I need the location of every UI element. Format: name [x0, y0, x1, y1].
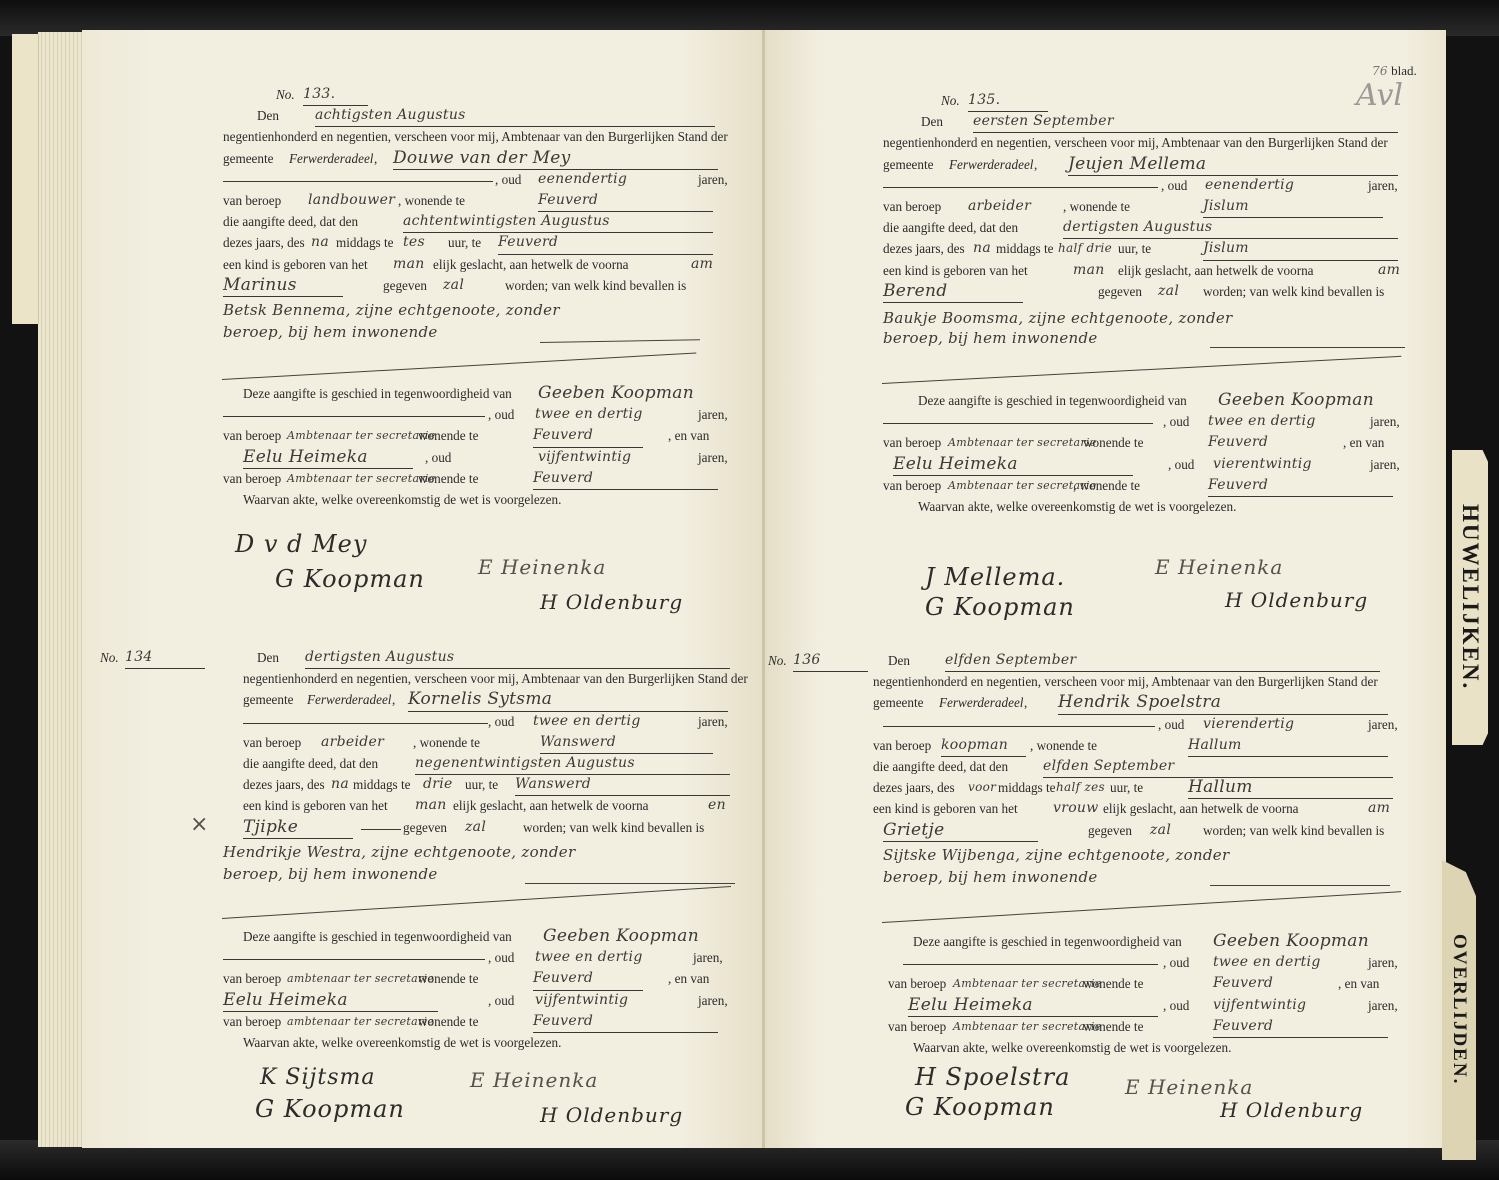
registration-date: dertigsten Augustus [305, 647, 730, 669]
child-name: Grietje [883, 820, 1038, 842]
no-label: No. [276, 84, 295, 105]
year-line: negentienhonderd en negentien, verscheen… [223, 126, 728, 147]
entry-134: No.134Dendertigsten Augustus negentienho… [243, 647, 733, 890]
strike-line [525, 883, 735, 884]
municipality: Ferwerderadeel [307, 689, 391, 710]
zal-word: zal [1150, 820, 1171, 841]
jaren-label: jaren, [1368, 714, 1398, 735]
time-prefix: na [311, 232, 329, 253]
uur-label: uur, te [448, 232, 481, 253]
birth-hour: drie [423, 774, 453, 795]
beroep-label: van beroep [223, 190, 281, 211]
birth-date: achtentwintigsten Augustus [403, 211, 713, 233]
child-sex: man [1073, 260, 1105, 281]
signature-witness2: E Heinenka [1155, 555, 1283, 579]
den-label: Den [257, 105, 279, 126]
dezes-jaars-label: dezes jaars, des [873, 777, 955, 798]
strike-line [1210, 885, 1390, 886]
wonende-label: , wonende te [1030, 735, 1097, 756]
municipality: Ferwerderadeel [289, 148, 373, 169]
jaren-label: jaren, [1368, 175, 1398, 196]
municipality: Ferwerderadeel [949, 154, 1033, 175]
child-sex: man [415, 795, 447, 816]
witness2-residence: Feuverd [1213, 1016, 1388, 1038]
entry-number: 136 [793, 650, 868, 672]
blank-line [223, 404, 485, 417]
oud-label: , oud [1163, 995, 1189, 1016]
blank-line [883, 714, 1155, 727]
tab-overlijden[interactable]: OVERLIJDEN. [1442, 860, 1476, 1160]
elijk-label: elijk geslacht, aan hetwelk de voorna [453, 795, 649, 816]
uur-label: uur, te [465, 774, 498, 795]
beroep-label: van beroep [223, 1011, 281, 1032]
declarant-name: Douwe van der Mey [393, 148, 718, 170]
aangifte-label: die aangifte deed, dat den [243, 753, 378, 774]
worden-label: worden; van welk kind bevallen is [523, 817, 704, 838]
wonende-label: wonende te [1083, 1016, 1143, 1037]
declarant-profession: koopman [941, 735, 1026, 757]
een-kind-label: een kind is geboren van het [243, 795, 388, 816]
elijk-label: elijk geslacht, aan hetwelk de voorna [1118, 260, 1314, 281]
waarvan-label: Waarvan akte, welke overeenkomstig de we… [913, 1037, 1231, 1058]
signature-registrar: H Oldenburg [540, 1103, 683, 1127]
deze-aangifte-label: Deze aangifte is geschied in tegenwoordi… [918, 390, 1187, 411]
oud-label: , oud [495, 169, 521, 190]
child-name: Tjipke [243, 817, 353, 839]
signature-declarant: H Spoelstra [915, 1063, 1070, 1091]
jaren-label: jaren, [698, 447, 728, 468]
jaren-label: jaren, [1368, 995, 1398, 1016]
wonende-label: , wonende te [1073, 475, 1140, 496]
strike-line [1210, 347, 1405, 348]
no-label: No. [768, 650, 787, 671]
uur-label: uur, te [1110, 777, 1143, 798]
entry-133: No.133. Denachtigsten Augustus negentien… [243, 84, 733, 348]
beroep-label: van beroep [243, 732, 301, 753]
gemeente-label: gemeente [883, 154, 934, 175]
middags-label: middags te [998, 777, 1056, 798]
birth-date: negenentwintigsten Augustus [415, 753, 730, 775]
een-kind-label: een kind is geboren van het [223, 254, 368, 275]
witness1-residence: Feuverd [1213, 973, 1273, 994]
mother-line-2: beroep, bij hem inwonende [223, 322, 438, 343]
gegeven-label: gegeven [1088, 820, 1132, 841]
comma: , [374, 148, 377, 169]
zal-word: zal [1158, 281, 1179, 302]
dezes-jaars-label: dezes jaars, des [883, 238, 965, 259]
comma: , [392, 689, 395, 710]
registration-date: elfden September [945, 650, 1380, 672]
wonende-label: , wonende te [1063, 196, 1130, 217]
uur-label: uur, te [1118, 238, 1151, 259]
dezes-jaars-label: dezes jaars, des [223, 232, 305, 253]
witness2-profession: ambtenaar ter secretarie [287, 1011, 434, 1032]
blank-line [243, 711, 488, 724]
signature-registrar: H Oldenburg [1225, 588, 1368, 612]
witness2-name: Eelu Heimeka [243, 447, 413, 469]
name-suffix: en [708, 795, 726, 816]
declarant-age: eenendertig [1205, 175, 1294, 196]
book-gutter [762, 30, 765, 1148]
witness2-age: vijfentwintig [538, 447, 631, 468]
declarant-name: Hendrik Spoelstra [1058, 692, 1388, 714]
gemeente-label: gemeente [243, 689, 294, 710]
beroep-label: van beroep [223, 468, 281, 489]
mother-line-1: Hendrikje Westra, zijne echtgenoote, zon… [223, 842, 575, 863]
witness1-residence: Feuverd [533, 968, 643, 990]
oud-label: , oud [488, 947, 514, 968]
wonende-label: , wonende te [398, 190, 465, 211]
en-van-label: , en van [668, 968, 709, 989]
entry-number: 134 [125, 647, 205, 669]
beroep-label: van beroep [888, 1016, 946, 1037]
witness2-profession: Ambtenaar ter secretarie [953, 1016, 1102, 1037]
oud-label: , oud [1163, 952, 1189, 973]
witness1-profession: Ambtenaar ter secretarie [953, 973, 1102, 994]
entry-133-witnesses: Deze aangifte is geschied in tegenwoordi… [243, 383, 733, 510]
beroep-label: van beroep [223, 968, 281, 989]
aangifte-label: die aangifte deed, dat den [873, 756, 1008, 777]
declarant-age: eenendertig [538, 169, 627, 190]
entry-number: 133. [303, 84, 368, 106]
declarant-name: Kornelis Sytsma [408, 689, 728, 711]
wonende-label: wonende te [418, 425, 478, 446]
witness1-name: Geeben Koopman [543, 926, 699, 947]
signature-witness1: G Koopman [255, 1095, 405, 1123]
entry-135: No.135. Deneersten September negentienho… [913, 90, 1403, 354]
waarvan-label: Waarvan akte, welke overeenkomstig de we… [243, 1032, 561, 1053]
den-label: Den [921, 111, 943, 132]
mother-line-2: beroep, bij hem inwonende [883, 328, 1098, 349]
declarant-profession: arbeider [968, 196, 1031, 217]
oud-label: , oud [1158, 714, 1184, 735]
jaren-label: jaren, [698, 990, 728, 1011]
entry-number: 135. [968, 90, 1048, 112]
witness1-age: twee en dertig [1213, 952, 1321, 973]
elijk-label: elijk geslacht, aan hetwelk de voorna [1103, 798, 1299, 819]
declarant-residence: Wanswerd [540, 732, 713, 754]
worden-label: worden; van welk kind bevallen is [1203, 281, 1384, 302]
signature-witness1: G Koopman [905, 1093, 1055, 1121]
beroep-label: van beroep [223, 425, 281, 446]
gegeven-label: gegeven [383, 275, 427, 296]
time-prefix: na [973, 238, 991, 259]
name-suffix: am [691, 254, 713, 275]
declarant-name: Jeujen Mellema [1068, 154, 1398, 176]
tab-overlijden-label: OVERLIJDEN. [1448, 934, 1470, 1085]
witness2-age: vierentwintig [1213, 454, 1312, 475]
blank-line [903, 952, 1158, 965]
witness1-age: twee en dertig [1208, 411, 1316, 432]
child-name: Marinus [223, 275, 343, 297]
beroep-label: van beroep [883, 196, 941, 217]
blank-line [223, 947, 485, 960]
comma: , [1024, 692, 1027, 713]
gemeente-label: gemeente [223, 148, 274, 169]
jaren-label: jaren, [1370, 454, 1400, 475]
registration-date: achtigsten Augustus [315, 105, 715, 127]
birth-hour: half zes [1056, 777, 1105, 798]
oud-label: , oud [488, 404, 514, 425]
witness2-name: Eelu Heimeka [908, 995, 1158, 1017]
entry-136-witnesses: Deze aangifte is geschied in tegenwoordi… [913, 931, 1403, 1058]
beroep-label: van beroep [888, 973, 946, 994]
birth-place: Jislum [1203, 238, 1398, 260]
child-sex: man [393, 254, 425, 275]
witness1-age: twee en dertig [535, 947, 643, 968]
municipality: Ferwerderadeel [939, 692, 1023, 713]
wonende-label: wonende te [1083, 973, 1143, 994]
no-label: No. [100, 647, 119, 668]
declarant-residence: Jislum [1203, 196, 1383, 218]
signature-registrar: H Oldenburg [1220, 1098, 1363, 1122]
mother-line-1: Baukje Boomsma, zijne echtgenoote, zonde… [883, 308, 1233, 329]
birth-hour: tes [403, 232, 425, 253]
witness1-name: Geeben Koopman [1218, 390, 1374, 411]
left-edge-tab [12, 34, 39, 324]
name-suffix: am [1378, 260, 1400, 281]
wonende-label: wonende te [418, 968, 478, 989]
signature-declarant: K Sijtsma [260, 1065, 375, 1090]
witness1-age: twee en dertig [535, 404, 643, 425]
entry-134-witnesses: Deze aangifte is geschied in tegenwoordi… [243, 926, 733, 1053]
name-suffix: am [1368, 798, 1390, 819]
een-kind-label: een kind is geboren van het [873, 798, 1018, 819]
signature-witness2: E Heinenka [478, 555, 606, 579]
declarant-residence: Feuverd [538, 190, 713, 212]
aangifte-label: die aangifte deed, dat den [223, 211, 358, 232]
beroep-label: van beroep [883, 475, 941, 496]
oud-label: , oud [1161, 175, 1187, 196]
waarvan-label: Waarvan akte, welke overeenkomstig de we… [243, 489, 561, 510]
worden-label: worden; van welk kind bevallen is [505, 275, 686, 296]
witness2-residence: Feuverd [533, 468, 718, 490]
declarant-residence: Hallum [1188, 735, 1388, 757]
wonende-label: wonende te [1083, 432, 1143, 453]
en-van-label: , en van [1338, 973, 1379, 994]
no-label: No. [941, 90, 960, 111]
jaren-label: jaren, [693, 947, 723, 968]
deze-aangifte-label: Deze aangifte is geschied in tegenwoordi… [913, 931, 1182, 952]
page-number-handwritten: 76 [1372, 64, 1388, 78]
signature-registrar: H Oldenburg [540, 590, 683, 614]
middags-label: middags te [336, 232, 394, 253]
child-name: Berend [883, 281, 1023, 303]
registration-date: eersten September [973, 111, 1398, 133]
witness1-name: Geeben Koopman [538, 383, 694, 404]
mother-line-1: Betsk Bennema, zijne echtgenoote, zonder [223, 300, 560, 321]
entry-135-witnesses: Deze aangifte is geschied in tegenwoordi… [918, 390, 1408, 517]
jaren-label: jaren, [698, 169, 728, 190]
child-sex: vrouw [1053, 798, 1099, 819]
oud-label: , oud [425, 447, 451, 468]
declarant-age: twee en dertig [533, 711, 641, 732]
signature-witness2: E Heinenka [470, 1068, 598, 1092]
declarant-profession: landbouwer [308, 190, 395, 211]
time-prefix: na [331, 774, 349, 795]
signature-witness1: G Koopman [925, 593, 1075, 621]
gemeente-label: gemeente [873, 692, 924, 713]
witness2-name: Eelu Heimeka [893, 454, 1133, 476]
blad-label: blad. [1391, 63, 1417, 78]
gegeven-label: gegeven [403, 817, 447, 838]
mother-line-1: Sijtske Wijbenga, zijne echtgenoote, zon… [883, 845, 1229, 866]
birth-date: dertigsten Augustus [1063, 217, 1398, 239]
oud-label: , oud [488, 711, 514, 732]
witness1-profession: Ambtenaar ter secretarie [948, 432, 1097, 453]
blank-line [223, 169, 493, 182]
witness2-residence: Feuverd [1208, 475, 1393, 497]
mother-line-2: beroep, bij hem inwonende [883, 867, 1098, 888]
witness1-residence: Feuverd [1208, 432, 1268, 453]
mother-line-2: beroep, bij hem inwonende [223, 864, 438, 885]
dezes-jaars-label: dezes jaars, des [243, 774, 325, 795]
tab-huwelijken-label: HUWELIJKEN. [1457, 504, 1483, 690]
jaren-label: jaren, [698, 711, 728, 732]
den-label: Den [888, 650, 910, 671]
comma: , [1034, 154, 1037, 175]
page-marker: 76 blad. [1372, 63, 1417, 79]
zal-word: zal [465, 817, 486, 838]
witness1-profession: ambtenaar ter secretarie [287, 968, 434, 989]
wonende-label: wonende te [418, 468, 478, 489]
witness2-age: vijfentwintig [535, 990, 628, 1011]
witness2-name: Eelu Heimeka [223, 990, 438, 1012]
deze-aangifte-label: Deze aangifte is geschied in tegenwoordi… [243, 926, 512, 947]
birth-place: Hallum [1188, 777, 1393, 799]
blank-line [361, 817, 401, 830]
year-line: negentienhonderd en negentien, verscheen… [883, 132, 1388, 153]
waarvan-label: Waarvan akte, welke overeenkomstig de we… [918, 496, 1236, 517]
den-label: Den [257, 647, 279, 668]
witness2-age: vijfentwintig [1213, 995, 1306, 1016]
witness1-profession: Ambtenaar ter secretarie [287, 425, 436, 446]
en-van-label: , en van [1343, 432, 1384, 453]
deze-aangifte-label: Deze aangifte is geschied in tegenwoordi… [243, 383, 512, 404]
middags-label: middags te [996, 238, 1054, 259]
signature-declarant: J Mellema. [925, 563, 1065, 591]
page-stack-edge [38, 32, 84, 1147]
oud-label: , oud [1168, 454, 1194, 475]
middags-label: middags te [353, 774, 411, 795]
wonende-label: , wonende te [413, 732, 480, 753]
jaren-label: jaren, [1370, 411, 1400, 432]
jaren-label: jaren, [698, 404, 728, 425]
year-line: negentienhonderd en negentien, verscheen… [243, 668, 748, 689]
witness2-residence: Feuverd [533, 1011, 718, 1033]
time-prefix: voor [968, 777, 996, 798]
en-van-label: , en van [668, 425, 709, 446]
blank-line [883, 411, 1153, 424]
wonende-label: wonende te [418, 1011, 478, 1032]
tab-huwelijken[interactable]: HUWELIJKEN. [1452, 450, 1488, 745]
birth-place: Wanswerd [515, 774, 730, 796]
birth-date: elfden September [1043, 756, 1393, 778]
declarant-profession: arbeider [321, 732, 384, 753]
zal-word: zal [443, 275, 464, 296]
oud-label: , oud [1163, 411, 1189, 432]
elijk-label: elijk geslacht, aan hetwelk de voorna [433, 254, 629, 275]
signature-witness1: G Koopman [275, 565, 425, 593]
worden-label: worden; van welk kind bevallen is [1203, 820, 1384, 841]
birth-place: Feuverd [498, 232, 713, 254]
beroep-label: van beroep [873, 735, 931, 756]
oud-label: , oud [488, 990, 514, 1011]
beroep-label: van beroep [883, 432, 941, 453]
een-kind-label: een kind is geboren van het [883, 260, 1028, 281]
entry-136: No.136Denelfden September negentienhonde… [913, 650, 1403, 893]
margin-x-mark: × [190, 812, 208, 837]
blank-line [883, 175, 1158, 188]
signature-declarant: D v d Mey [235, 530, 367, 558]
witness1-residence: Feuverd [533, 425, 643, 447]
witness2-profession: Ambtenaar ter secretarie [287, 468, 436, 489]
jaren-label: jaren, [1368, 952, 1398, 973]
declarant-age: vierendertig [1203, 714, 1294, 735]
aangifte-label: die aangifte deed, dat den [883, 217, 1018, 238]
signature-witness2: E Heinenka [1125, 1075, 1253, 1099]
witness1-name: Geeben Koopman [1213, 931, 1369, 952]
year-line: negentienhonderd en negentien, verscheen… [873, 671, 1378, 692]
gegeven-label: gegeven [1098, 281, 1142, 302]
birth-hour: half drie [1058, 238, 1112, 259]
